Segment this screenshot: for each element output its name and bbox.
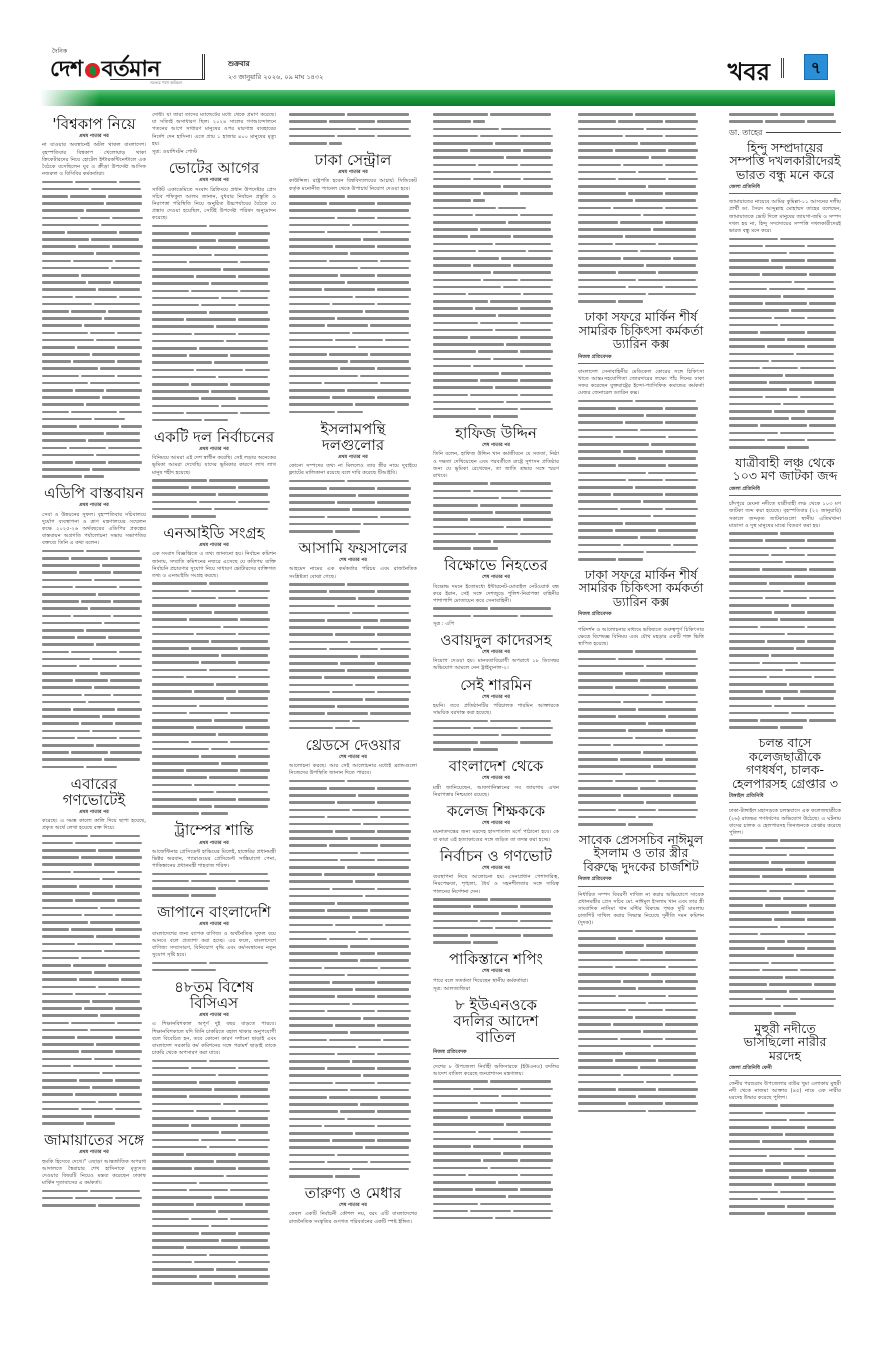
article-body: এক সংবাদ বিজ্ঞপ্তিতে এ তথ্য জানানো হয়। … <box>152 551 276 580</box>
kicker: শেষ পাতার পর <box>289 1202 417 1209</box>
body-text-filler <box>42 833 146 1128</box>
kicker: শেষ পাতার পর <box>433 574 559 581</box>
body-text-filler <box>433 112 559 421</box>
column-3: ঢাকা সেন্ট্রাল প্রথম পাতার পর কাউন্সিল। … <box>289 112 417 1292</box>
body-text-filler <box>433 606 559 620</box>
kicker: শেষ পাতার পর <box>433 775 559 782</box>
kicker: প্রথম পাতার পর <box>152 542 276 549</box>
masthead: দৈনিক দেশ বর্তমান সত্যের পথে অবিচল শুক্র… <box>40 46 840 88</box>
article-body: ঢাকা-টাঙ্গাইল মহাসড়কে চলন্তবাসে এক কলেজ… <box>729 808 841 837</box>
column-2: দোষী। যা তারা তাদের ম্যান্ডেটের মধ্যে থে… <box>152 112 276 1292</box>
body-text-filler <box>729 838 841 1018</box>
article-hafiz[interactable]: হাফিজ উদ্দিন শেষ পাতার পর তিনি বলেন, হাফ… <box>433 425 559 553</box>
byline: নিজস্ব প্রতিবেদক <box>433 1049 559 1059</box>
headline: বিক্ষোভে নিহতের <box>433 557 559 573</box>
column-4: হাফিজ উদ্দিন শেষ পাতার পর তিনি বলেন, হাফ… <box>433 112 559 1292</box>
byline: জেলা প্রতিনিধি <box>729 486 841 496</box>
body-text-filler <box>729 112 841 126</box>
map-emblem-icon <box>85 63 100 78</box>
body-text-filler <box>289 779 417 1182</box>
article-body: বাংলাদেশ সেনাবাহিনীর মেডিকেল কোরের সঙ্গে… <box>578 369 704 398</box>
kicker: প্রথম পাতার পর <box>42 1149 146 1156</box>
headline: সেই শারমিন <box>433 677 559 693</box>
headline: 'বিশ্বকাপ নিয়ে <box>42 116 146 132</box>
article-body: পরিদর্শন ও আলোচনার মাধ্যমে ভবিষ্যতে গুরু… <box>578 627 704 649</box>
divider <box>202 54 205 80</box>
date-line: ২৩ জানুয়ারি ২০২৬, ০৯ মাঘ ১৪৩২ <box>228 72 323 83</box>
article-islampanthi[interactable]: ইসলামপন্থি দলগুলোর প্রথম পাতার পর কোনো স… <box>289 421 417 536</box>
source-credit: সূত্র : এপি <box>433 621 559 628</box>
headline: বাংলাদেশ থেকে <box>433 758 559 774</box>
article-body: বিনিময়ে আমরা এই দেশ স্বাধীন করেছি। সেই … <box>152 455 276 477</box>
kicker: প্রথম পাতার পর <box>152 446 276 453</box>
article-trump[interactable]: ট্রাম্পের শান্তি প্রথম পাতার পর আর্জেন্ট… <box>152 822 276 900</box>
kicker: শেষ পাতার পর <box>433 694 559 701</box>
body-text-filler <box>729 1103 841 1218</box>
body-text-filler <box>152 581 276 818</box>
kicker: শেষ পাতার পর <box>433 649 559 656</box>
byline: টাঙ্গাইল প্রতিনিধি <box>729 793 841 803</box>
headline: থ্রেডসে দেওয়ার <box>289 737 417 753</box>
body-text-filler <box>433 1079 559 1223</box>
headline: ইসলামপন্থি দলগুলোর <box>289 421 417 453</box>
article-obaidul[interactable]: ওবায়দুল কাদেরসহ শেষ পাতার পর নিয়োগ দেও… <box>433 632 559 673</box>
article-body: বিক্ষোভ দমনে ইতোমধ্যে ইন্টারনেট-মোবাইল ন… <box>433 584 559 606</box>
article-body: ফেনীর পরশুরাম উপজেলার বাউর খুমা এলাকায় … <box>729 1081 841 1103</box>
kicker: প্রথম পাতার পর <box>152 921 276 928</box>
article-tarunno[interactable]: তারুণ্য ও মেধার শেষ পাতার পর কেবল একটি ন… <box>289 1185 417 1226</box>
body-text-filler <box>42 179 146 481</box>
article-nirbachon-gonovote[interactable]: নির্বাচন ও গণভোট শেষ পাতার পর ব্যবস্থাপন… <box>433 848 559 947</box>
column-1: 'বিশ্বকাপ নিয়ে প্রথম পাতার পর না যাওয়া… <box>42 112 146 1292</box>
article-body: দোষী। যা তারা তাদের ম্যান্ডেটের মধ্যে থে… <box>152 112 276 148</box>
kicker: শেষ পাতার পর <box>433 442 559 449</box>
byline: জেলা প্রতিনিধি <box>729 184 841 194</box>
headline: মুহুরী নদীতে ভাসছিলো নারীর মরদেহ <box>729 1022 841 1063</box>
headline: চলন্ত বাসে কলেজছাত্রীকে গণধর্ষণ, চালক-হে… <box>729 736 841 790</box>
article-body: এ শিক্ষানবিশকাল অপূর্ণ দুই বছর বাড়তে পা… <box>152 1021 276 1057</box>
day-name: শুক্রবার <box>228 58 250 70</box>
pre-headline: ডা. তাহের <box>729 129 841 136</box>
article-body: দেশের ৮ উপজেলা নির্বাহী অফিসারকে (ইউএনও)… <box>433 1064 559 1078</box>
article-dhaka-central[interactable]: ঢাকা সেন্ট্রাল প্রথম পাতার পর কাউন্সিল। … <box>289 152 417 417</box>
article-japan[interactable]: জাপানে বাংলাদেশি প্রথম পাতার পর বাংলাদেশ… <box>152 904 276 975</box>
body-text-filler <box>289 582 417 733</box>
kicker: শেষ পাতার পর <box>433 820 559 827</box>
article-body: আলোচনা করছে। আর সেই আলোচনার মধ্যেই ব্র্য… <box>289 763 417 777</box>
article-jatka[interactable]: যাত্রীবাহী লঞ্চ থেকে ১০৩ মণ জাটকা জব্দ জ… <box>729 456 841 732</box>
headline: কলেজ শিক্ষককে <box>433 803 559 819</box>
body-text-filler <box>152 478 276 521</box>
article-body: আহমেদ নামের এক কর্মকর্তার পরিচয় এবং রাজ… <box>289 566 417 580</box>
article-body: সার্কিট একাডেমিতে সংবাদ ব্রিফিংয়ে প্রধা… <box>152 187 276 223</box>
headline: ঢাকা সফরে মার্কিন শীর্ষ সামরিক চিকিৎসা ক… <box>578 568 704 609</box>
body-text-filler <box>729 531 841 732</box>
article-body: কেবল একটি নির্বাচনী কৌশল নয়, বরং এটি বা… <box>289 1211 417 1225</box>
article-daryn-cox-1[interactable]: ঢাকা সফরে মার্কিন শীর্ষ সামরিক চিকিৎসা ক… <box>578 310 704 564</box>
article-body: সেবা ও উন্নয়নের সুফল। বৃহস্পতিবার সচিবা… <box>42 512 146 548</box>
body-text-filler <box>152 1058 276 1288</box>
source-credit: সূত্র: আলজাজিরা <box>433 986 559 993</box>
section-title: খবর <box>728 54 770 94</box>
headline: পাকিস্তানে শপিং <box>433 951 559 967</box>
article-bcs-top-continuation[interactable]: দোষী। যা তারা তাদের ম্যান্ডেটের মধ্যে থে… <box>152 112 276 156</box>
headline: এবারের গণভোটেই <box>42 776 146 808</box>
article-body: কোনো সম্পদের তথ্য না মিললেও তার স্ত্রীর … <box>289 463 417 477</box>
kicker: শেষ পাতার পর <box>433 968 559 975</box>
body-text-filler <box>289 194 417 417</box>
article-threads[interactable]: থ্রেডসে দেওয়ার শেষ পাতার পর আলোচনা করছে… <box>289 737 417 1181</box>
article-body: বাংলাদেশের জন্য ব্যাপক বাণিজ্য ও অর্থনৈত… <box>152 931 276 960</box>
headline: ৪৮তম বিশেষ বিসিএস <box>152 979 276 1011</box>
article-bikkhobe[interactable]: বিক্ষোভে নিহতের শেষ পাতার পর বিক্ষোভ দমন… <box>433 557 559 628</box>
article-press-secretary[interactable]: সাবেক প্রেসসচিব নাঈমুল ইসলাম ও তার স্ত্র… <box>578 833 704 1116</box>
body-text-filler <box>42 1188 146 1210</box>
body-text-filler <box>289 112 417 148</box>
article-pakistan[interactable]: পাকিস্তানে শপিং শেষ পাতার পর পারে বলে সত… <box>433 951 559 993</box>
brand-part1: দেশ <box>50 52 83 89</box>
kicker: প্রথম পাতার পর <box>152 1012 276 1019</box>
article-bus[interactable]: চলন্ত বাসে কলেজছাত্রীকে গণধর্ষণ, চালক-হে… <box>729 736 841 1018</box>
headline: ঢাকা সফরে মার্কিন শীর্ষ সামরিক চিকিৎসা ক… <box>578 310 704 351</box>
headline: জামায়াতের সঙ্গে <box>42 1132 146 1148</box>
body-text-filler <box>578 112 704 306</box>
body-text-filler <box>42 549 146 772</box>
body-text-filler <box>433 718 559 754</box>
article-ebarer[interactable]: এবারের গণভোটেই প্রথম পাতার পর করেছে। এ স… <box>42 776 146 1129</box>
article-body: জামায়াতের নায়েবে আমির কুমিল্লা-১১ আসনে… <box>729 199 841 235</box>
headline: একটি দল নির্বাচনের <box>152 429 276 445</box>
headline: ওবায়দুল কাদেরসহ <box>433 632 559 648</box>
article-nid[interactable]: এনআইডি সংগ্রহ প্রথম পাতার পর এক সংবাদ বি… <box>152 525 276 818</box>
article-asami[interactable]: আসামি ফয়সালের শেষ পাতার পর আহমেদ নামের … <box>289 540 417 733</box>
article-body: হুমকি হিসেবে দেখে।" এছাড়া আন্তর্জাতিক অ… <box>42 1159 146 1188</box>
article-body: আর্জেন্টিনার প্রেসিডেন্ট হাভিয়ের মিলেই,… <box>152 849 276 871</box>
headline: ট্রাম্পের শান্তি <box>152 822 276 838</box>
kicker: শেষ পাতার পর <box>289 754 417 761</box>
kicker: প্রথম পাতার পর <box>42 133 146 140</box>
kicker: শেষ পাতার পর <box>289 557 417 564</box>
article-uno[interactable]: ৮ ইউএনওকে বদলির আদেশ বাতিল নিজস্ব প্রতিব… <box>433 997 559 1223</box>
headline: ৮ ইউএনওকে বদলির আদেশ বাতিল <box>433 997 559 1046</box>
body-text-filler <box>152 224 276 425</box>
article-body: ময়নাতদন্তের জন্য মরদেহ হাসপাতাল মর্গে প… <box>433 829 559 843</box>
headline: তারুণ্য ও মেধার <box>289 1185 417 1201</box>
headline: এডিপি বাস্তবায়ন <box>42 485 146 501</box>
byline: জেলা প্রতিনিধি ফেনী <box>729 1065 841 1075</box>
body-text-filler <box>433 481 559 553</box>
body-text-filler <box>578 929 704 1116</box>
headline: নির্বাচন ও গণভোট <box>433 848 559 864</box>
article-body: হয়নি। তবে প্রতিষ্ঠানটির পরিচালক শারমিন … <box>433 703 559 717</box>
article-daryn-cox-2[interactable]: ঢাকা সফরে মার্কিন শীর্ষ সামরিক চিকিৎসা ক… <box>578 568 704 829</box>
article-body: নিয়োগ দেওয়া হয়। মানবতাবিরোধী অপরাধে ১… <box>433 658 559 672</box>
kicker: প্রথম পাতার পর <box>152 177 276 184</box>
headline: আসামি ফয়সালের <box>289 540 417 556</box>
body-text-filler <box>433 897 559 947</box>
article-shei-sharmin[interactable]: সেই শারমিন শেষ পাতার পর হয়নি। তবে প্রতি… <box>433 677 559 755</box>
article-body: কাউন্সিল। রাষ্ট্রপতি হবেন বিশ্ববিদ্যালয়… <box>289 178 417 192</box>
body-text-filler <box>152 871 276 900</box>
body-text-filler <box>578 399 704 564</box>
divider <box>781 58 784 78</box>
kicker: প্রথম পাতার পর <box>289 169 417 176</box>
column-5: ঢাকা সফরে মার্কিন শীর্ষ সামরিক চিকিৎসা ক… <box>578 112 704 1292</box>
article-body: করেছে। এ সমস্ত কালো কালি দিয়ে ছাপা হয়ে… <box>42 818 146 832</box>
article-hindu-property[interactable]: ডা. তাহের হিন্দু সম্প্রদায়ের সম্পত্তি দ… <box>729 129 841 452</box>
headline: হিন্দু সম্প্রদায়ের সম্পত্তি দখলকারীদেরই… <box>729 141 841 182</box>
headline: হাফিজ উদ্দিন <box>433 425 559 441</box>
article-body: চাঁদপুরে মেঘনা নদীতে যাত্রীবাহী লঞ্চ থেক… <box>729 501 841 530</box>
article-body: পারে বলে সতর্কতা দিয়েছেন স্থানীয় কর্মক… <box>433 978 559 985</box>
body-text-filler <box>152 960 276 974</box>
kicker: প্রথম পাতার পর <box>42 809 146 816</box>
kicker: প্রথম পাতার পর <box>42 502 146 509</box>
article-adp[interactable]: এডিপি বাস্তবায়ন প্রথম পাতার পর সেবা ও উ… <box>42 485 146 771</box>
source-credit: সূত্র: ওয়াশিংটন পোস্ট <box>152 149 276 156</box>
headline: যাত্রীবাহী লঞ্চ থেকে ১০৩ মণ জাটকা জব্দ <box>729 456 841 483</box>
article-bangladesh-theke[interactable]: বাংলাদেশ থেকে শেষ পাতার পর মন্ত্রী জানিয… <box>433 758 559 799</box>
headline: সাবেক প্রেসসচিব নাঈমুল ইসলাম ও তার স্ত্র… <box>578 833 704 874</box>
article-body: না যাওয়ার অবস্থানেই অটল থাকল বাংলাদেশ। … <box>42 142 146 178</box>
article-body: মন্ত্রী জানিয়েছেন, আফগানিস্তানের সব জায… <box>433 785 559 799</box>
article-bcs[interactable]: ৪৮তম বিশেষ বিসিএস প্রথম পাতার পর এ শিক্ষ… <box>152 979 276 1289</box>
kicker: প্রথম পাতার পর <box>289 454 417 461</box>
body-text-filler <box>729 236 841 452</box>
kicker: প্রথম পাতার পর <box>152 840 276 847</box>
headline: ভোটের আগের <box>152 160 276 176</box>
article-ekti-dol[interactable]: একটি দল নির্বাচনের প্রথম পাতার পর বিনিময… <box>152 429 276 521</box>
page-number-badge: ৭ <box>804 54 828 80</box>
article-college[interactable]: কলেজ শিক্ষককে শেষ পাতার পর ময়নাতদন্তের … <box>433 803 559 844</box>
byline: নিজস্ব প্রতিবেদক <box>578 876 704 886</box>
article-body: তিনি বলেন, হাফিজ উদ্দিন খান কর্মজীবনে যে… <box>433 451 559 480</box>
header-accent-bar <box>40 90 835 106</box>
byline: নিজস্ব প্রতিবেদক <box>578 611 704 621</box>
body-text-filler <box>578 649 704 829</box>
headline: ঢাকা সেন্ট্রাল <box>289 152 417 168</box>
article-voter[interactable]: ভোটের আগের প্রথম পাতার পর সার্কিট একাডেম… <box>152 160 276 425</box>
article-muhuri[interactable]: মুহুরী নদীতে ভাসছিলো নারীর মরদেহ জেলা প্… <box>729 1022 841 1218</box>
article-body: নির্ধারিত সম্পদ বিবরণী দাখিল না করার অভি… <box>578 892 704 928</box>
article-body: ব্যবস্থাপনা নিয়ে আলোচনা হয়। সেনাপ্রধান… <box>433 874 559 896</box>
article-biswakap[interactable]: 'বিশ্বকাপ নিয়ে প্রথম পাতার পর না যাওয়া… <box>42 116 146 481</box>
tagline: সত্যের পথে অবিচল <box>110 79 205 87</box>
column-6: ডা. তাহের হিন্দু সম্প্রদায়ের সম্পত্তি দ… <box>729 112 841 1292</box>
byline: নিজস্ব প্রতিবেদক <box>578 354 704 364</box>
headline: জাপানে বাংলাদেশি <box>152 904 276 920</box>
headline: এনআইডি সংগ্রহ <box>152 525 276 541</box>
article-jamaat[interactable]: জামায়াতের সঙ্গে প্রথম পাতার পর হুমকি হি… <box>42 1132 146 1210</box>
body-text-filler <box>289 479 417 537</box>
kicker: শেষ পাতার পর <box>433 865 559 872</box>
